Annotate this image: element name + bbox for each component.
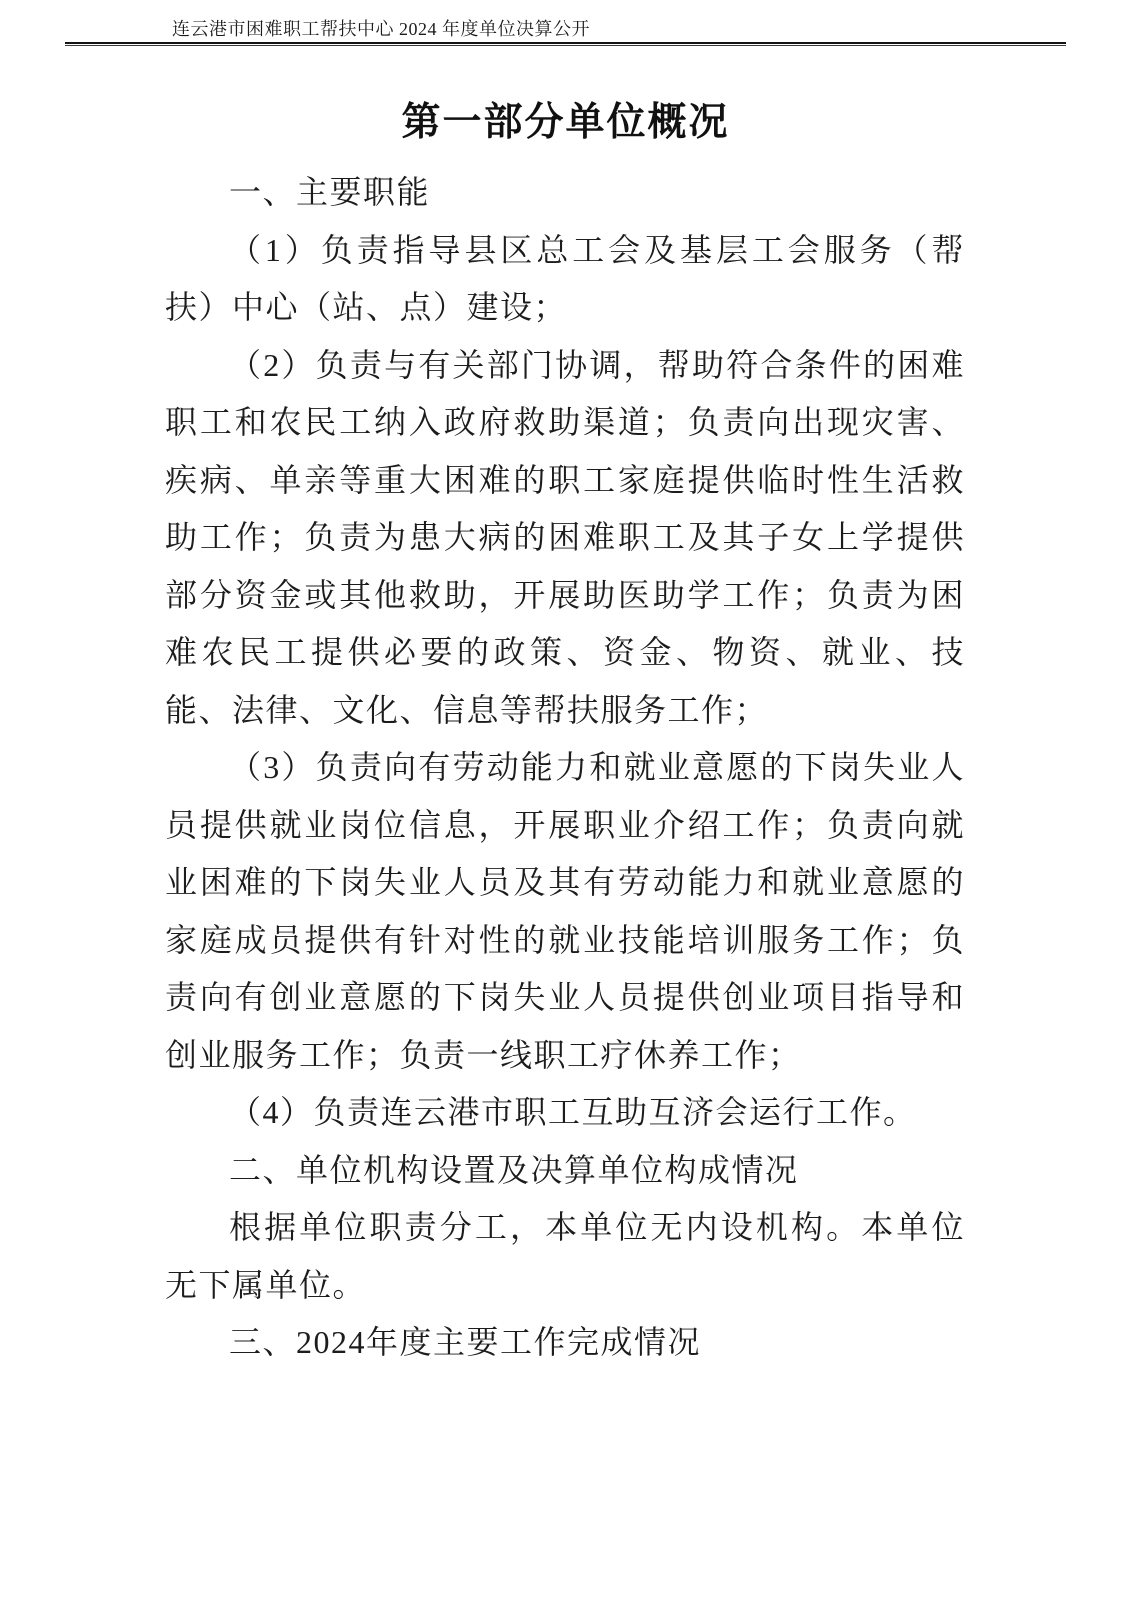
section-heading-1: 一、主要职能 [165, 164, 965, 222]
page-header-text: 连云港市困难职工帮扶中心 2024 年度单位决算公开 [172, 19, 1066, 40]
paragraph-function-1: （1）负责指导县区总工会及基层工会服务（帮扶）中心（站、点）建设； [165, 222, 965, 337]
document-page: 连云港市困难职工帮扶中心 2024 年度单位决算公开 第一部分单位概况 一、主要… [0, 0, 1131, 1600]
section-heading-3: 三、2024年度主要工作完成情况 [165, 1314, 965, 1372]
page-title: 第一部分单位概况 [0, 96, 1131, 150]
page-header: 连云港市困难职工帮扶中心 2024 年度单位决算公开 [65, 0, 1066, 46]
header-rule-thick [65, 42, 1066, 44]
paragraph-function-3: （3）负责向有劳动能力和就业意愿的下岗失业人员提供就业岗位信息，开展职业介绍工作… [165, 739, 965, 1084]
paragraph-org-structure: 根据单位职责分工，本单位无内设机构。本单位无下属单位。 [165, 1199, 965, 1314]
section-heading-2: 二、单位机构设置及决算单位构成情况 [165, 1142, 965, 1200]
paragraph-function-2: （2）负责与有关部门协调，帮助符合条件的困难职工和农民工纳入政府救助渠道；负责向… [165, 337, 965, 740]
document-body: 一、主要职能 （1）负责指导县区总工会及基层工会服务（帮扶）中心（站、点）建设；… [165, 164, 965, 1372]
header-rule-thin [65, 45, 1066, 46]
paragraph-function-4: （4）负责连云港市职工互助互济会运行工作。 [165, 1084, 965, 1142]
